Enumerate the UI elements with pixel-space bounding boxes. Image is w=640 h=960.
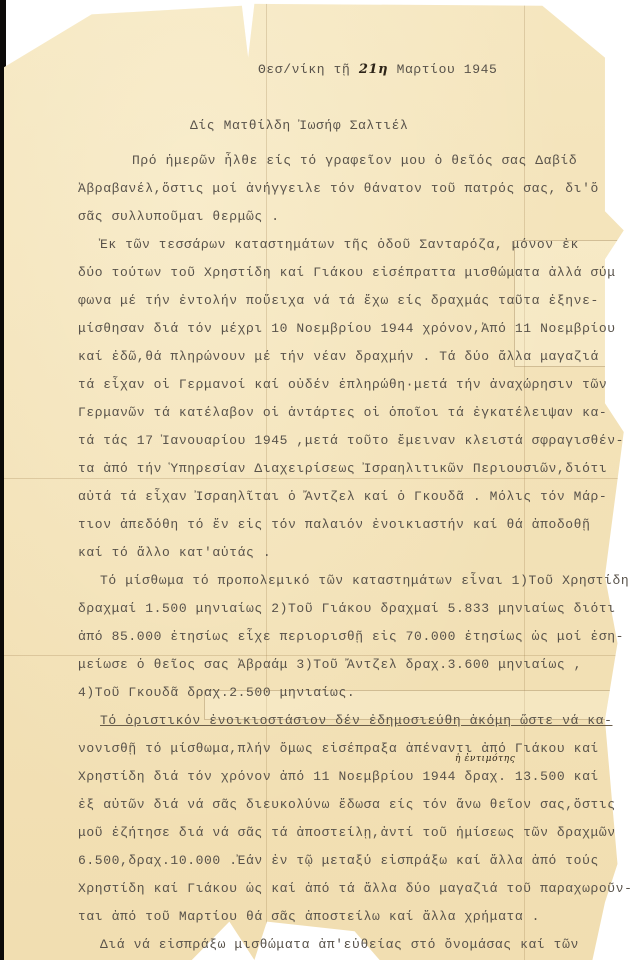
- date-month-year: Μαρτίου 1945: [397, 62, 498, 77]
- body-line: μίσθησαν διά τόν μέχρι 10 Νοεμβρίου 1944…: [78, 321, 616, 336]
- body-line: σᾶς συλλυποῦμαι θερμῶς .: [78, 209, 280, 224]
- body-line: Ἀβραβανέλ,ὅστις μοί ἀνήγγειλε τόν θάνατο…: [78, 181, 599, 196]
- body-line: ἀπό 85.000 ἐτησίως εἶχε περιορισθῇ εἰς 7…: [78, 629, 624, 644]
- body-line: δύο τούτων τοῦ Χρηστίδη καί Γιάκου εἰσέπ…: [78, 265, 616, 280]
- body-line: Χρηστίδη διά τόν χρόνον ἀπό 11 Νοεμβρίου…: [78, 769, 599, 784]
- body-line: Πρό ἡμερῶν ἦλθε είς τό γραφεῖον μου ὁ θε…: [132, 153, 577, 168]
- body-line: 4)Τοῦ Γκουδᾶ δραχ.2.500 μηνιαίως.: [78, 685, 355, 700]
- body-line: φωνα μέ τήν ἐντολήν ποὔειχα νά τά ἔχω εί…: [78, 293, 599, 308]
- body-line: μοῦ ἐζήτησε διά νά σᾶς τά ἀποστείλῃ,ἀντί…: [78, 825, 616, 840]
- body-line: δραχμαί 1.500 μηνιαίως 2)Τοῦ Γιάκου δραχ…: [78, 601, 616, 616]
- body-line: καί τό ἄλλο κατ'αὐτάς .: [78, 545, 271, 560]
- letter-date: Θεσ/νίκη τῇ 21η Μαρτίου 1945: [258, 62, 497, 77]
- body-line: Τό ὁριστικόν ἐνοικιοστάσιον δέν ἐδημοσιε…: [100, 713, 612, 728]
- body-line: αὐτά τά εἶχαν Ἰσραηλῖται ὁ Ἄντζελ καί ὁ …: [78, 489, 607, 504]
- body-line: τά εἶχαν οἱ Γερμανοί καί οὐδέν ἐπληρώθη·…: [78, 377, 607, 392]
- body-line: Γερμανῶν τά κατέλαβον οἱ ἀντάρτες οἱ ὁπο…: [78, 405, 607, 420]
- body-line: ἐξ αὐτῶν διά νά σᾶς διευκολύνω ἔδωσα είς…: [78, 797, 616, 812]
- body-line: Χρηστίδη καί Γιάκου ὡς καί ἀπό τά ἄλλα δ…: [78, 881, 632, 896]
- body-line: τιον ἀπεδόθη τό ἕν εἰς τόν παλαιόν ἐνοικ…: [78, 517, 590, 532]
- salutation: Δίς Ματθίλδη Ἰωσήφ Σαλτιέλ: [190, 118, 408, 133]
- letter-text: Θεσ/νίκη τῇ 21η Μαρτίου 1945 Δίς Ματθίλδ…: [0, 0, 640, 960]
- body-line: τα ἀπό τήν Ὑπηρεσίαν Διαχειρίσεως Ἰσραηλ…: [78, 461, 607, 476]
- body-line: νονισθῇ τό μίσθωμα,πλήν ὅμως εἰσέπραξα ἀ…: [78, 741, 599, 756]
- body-line: Διά νά εἰσπράξω μισθώματα ἀπ'εὐθείας στό…: [100, 937, 579, 952]
- date-place: Θεσ/νίκη τῇ: [258, 62, 350, 77]
- body-line: 6.500,δραχ.10.000 .Ἐάν ἐν τῷ μεταξύ εἰσπ…: [78, 853, 599, 868]
- handwritten-annotation: ἡ ἐντιμότης: [455, 754, 515, 764]
- handwritten-day: 21η: [359, 62, 388, 77]
- body-line: Ἐκ τῶν τεσσάρων καταστημάτων τῆς ὁδοῦ Σα…: [100, 237, 579, 252]
- body-line: μείωσε ὁ θεῖος σας Ἀβραάμ 3)Τοῦ Ἄντζελ δ…: [78, 657, 582, 672]
- body-line: ται ἀπό τοῦ Μαρτίου θά σᾶς ἀποστείλω καί…: [78, 909, 540, 924]
- body-line: Τό μίσθωμα τό προπολεμικό τῶν καταστημάτ…: [100, 573, 629, 588]
- body-line: τά τάς 17 Ἰανουαρίου 1945 ,μετά τοῦτο ἔμ…: [78, 433, 624, 448]
- body-line: καί ἐδῶ,θά πληρώνουν μέ τήν νέαν δραχμήν…: [78, 349, 599, 364]
